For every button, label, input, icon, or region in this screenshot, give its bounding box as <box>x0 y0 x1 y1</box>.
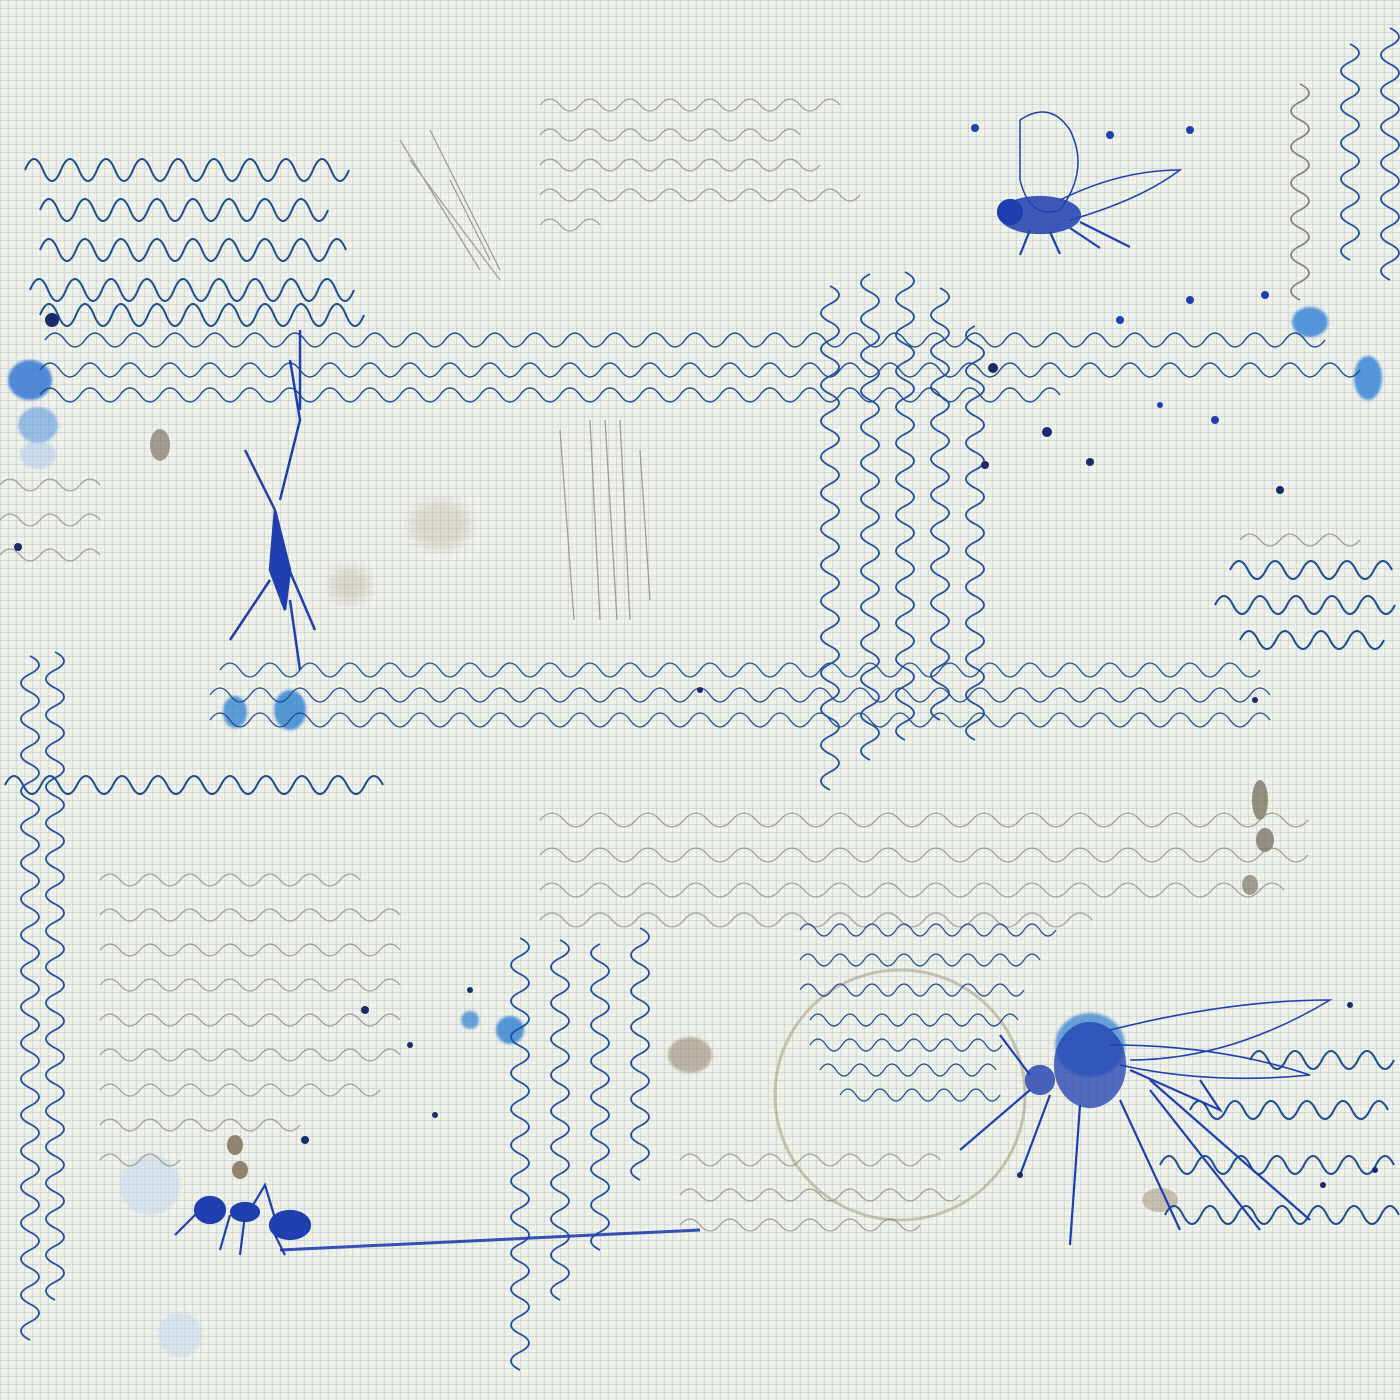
artwork-svg <box>0 0 1400 1400</box>
small-flies <box>971 124 1269 424</box>
artwork-canvas <box>0 0 1400 1400</box>
vertical-handwriting <box>21 28 1399 1370</box>
ant-drawing <box>175 1185 700 1255</box>
mosquito-drawing <box>960 1000 1330 1245</box>
fly-drawing <box>998 112 1180 255</box>
upright-insect-drawing <box>230 330 315 670</box>
